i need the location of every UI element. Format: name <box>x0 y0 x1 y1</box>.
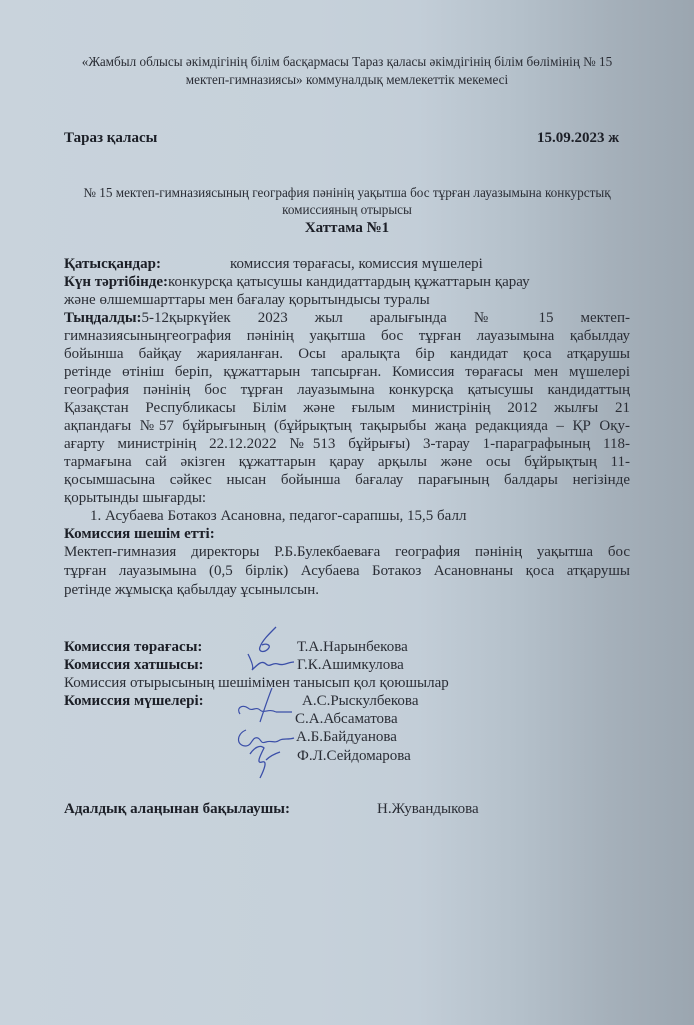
secretary-name: Г.К.Ашимкулова <box>297 656 404 674</box>
decision-label: Комиссия шешім етті: <box>64 525 215 543</box>
agenda-text1: конкурсқа қатысушы кандидаттардың құжатт… <box>168 274 530 290</box>
heard-line6: Қазақстан Республикасы Білім және ғылым … <box>64 399 630 417</box>
heard-line8: ағарту министрінің 22.12.2022 №513 бұйры… <box>64 435 630 453</box>
member-name-2: С.А.Абсаматова <box>295 710 398 728</box>
heard-line2: гимназиясыныңгеография пәнінің уақытша б… <box>64 327 630 345</box>
decision-line3: ретінде жұмысқа қабылдау ұсынылсын. <box>64 581 319 599</box>
member-name-4: Ф.Л.Сейдомарова <box>297 747 411 765</box>
document-page: «Жамбыл облысы әкімдігінің білім басқарм… <box>0 0 694 1025</box>
heard-line10: қосымшасына сәйкес нысан бойынша бағалау… <box>64 471 630 489</box>
title-line1: № 15 мектеп-гимназиясының география пәні… <box>0 184 694 202</box>
heard-line3: бойынша байқау жарияланған. Осы аралықта… <box>64 345 630 363</box>
member-name-1: А.С.Рыскулбекова <box>302 692 418 710</box>
chair-label: Комиссия төрағасы: <box>64 638 202 656</box>
candidate-item: 1. Асубаева Ботакоз Асановна, педагог-са… <box>90 507 466 525</box>
member-name-3: А.Б.Байдуанова <box>296 728 397 746</box>
heard-line9: тармағына сай әкізген құжаттарын қарау а… <box>64 453 630 471</box>
observer-label: Адалдық алаңынан бақылаушы: <box>64 800 290 818</box>
agenda-label: Күн тәртібінде: <box>64 274 168 290</box>
agenda-line2: және өлшемшарттары мен бағалау қорытынды… <box>64 291 430 309</box>
city-label: Тараз қаласы <box>64 129 157 147</box>
org-header-line2: мектеп-гимназиясы» коммуналдық мемлекетт… <box>0 71 694 89</box>
chair-name: Т.А.Нарынбекова <box>297 638 408 656</box>
secretary-label: Комиссия хатшысы: <box>64 656 204 674</box>
members-label: Комиссия мүшелері: <box>64 692 204 710</box>
heard-label: Тыңдалды: <box>64 310 142 326</box>
heard-line7: ақпандағы №57 бұйрығының (бұйрықтың тақы… <box>64 417 630 435</box>
org-header-line1: «Жамбыл облысы әкімдігінің білім басқарм… <box>0 53 694 71</box>
participants-value: комиссия төрағасы, комиссия мүшелері <box>230 255 483 273</box>
decision-line2: тұрған лауазымына (0,5 бірлік) Асубаева … <box>64 562 630 580</box>
heard-line4: ретінде өтініш беріп, құжаттарын тапсырғ… <box>64 363 630 381</box>
decision-line1: Мектеп-гимназия директоры Р.Б.Булекбаева… <box>64 543 630 561</box>
title-line2: комиссияның отырысы <box>0 201 694 219</box>
heard-line11: қорытынды шығарды: <box>64 489 206 507</box>
agenda-line1: Күн тәртібінде:конкурсқа қатысушы кандид… <box>64 273 530 291</box>
secretary-signature-icon <box>244 650 296 674</box>
participants-label: Қатысқандар: <box>64 255 161 273</box>
heard-line1: Тыңдалды:5-12қыркүйек 2023 жыл аралығынд… <box>64 309 630 327</box>
member1-signature-icon <box>232 686 302 726</box>
protocol-title: Хаттама №1 <box>0 219 694 237</box>
document-date: 15.09.2023 ж <box>537 129 619 147</box>
heard-line5: география пәнінің бос тұрған лауазымына … <box>64 381 630 399</box>
observer-name: Н.Жувандыкова <box>377 800 479 818</box>
member3-signature-icon <box>244 740 284 780</box>
